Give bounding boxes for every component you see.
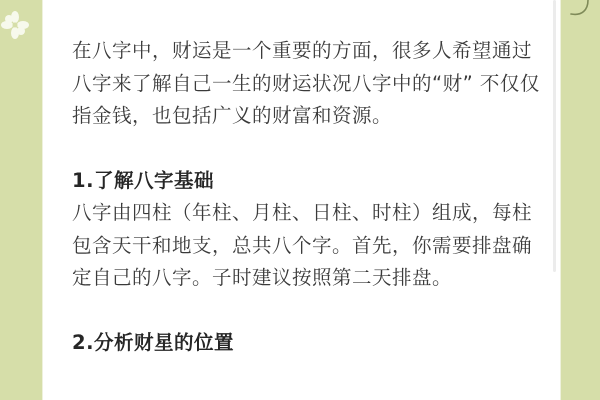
section-heading: 2.分析财星的位置 [72, 327, 542, 360]
swirl-ornament-icon [568, 0, 596, 22]
intro-paragraph: 在八字中，财运是一个重要的方面，很多人希望通过八字来了解自己一生的财运状况八字中… [72, 35, 542, 133]
page-frame: 在八字中，财运是一个重要的方面，很多人希望通过八字来了解自己一生的财运状况八字中… [0, 0, 600, 400]
section-body: 八字由四柱（年柱、月柱、日柱、时柱）组成，每柱包含天干和地支，总共八个字。首先，… [72, 197, 542, 295]
scrollbar[interactable] [553, 0, 556, 272]
article-content: 在八字中，财运是一个重要的方面，很多人希望通过八字来了解自己一生的财运状况八字中… [72, 35, 542, 359]
right-decorative-border [559, 0, 600, 400]
left-decorative-border [0, 0, 42, 400]
flower-icon [0, 10, 30, 40]
section-heading: 1.了解八字基础 [72, 165, 542, 198]
